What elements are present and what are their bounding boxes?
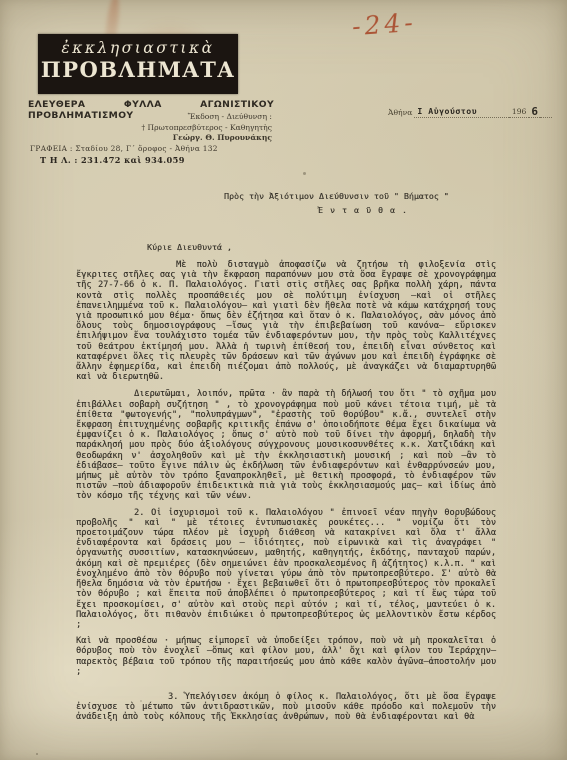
paper-speck	[36, 753, 38, 755]
body-paragraph-3: 2. Οἱ ἰσχυρισμοὶ τοῦ κ. Παλαιολόγου " ἐπ…	[76, 508, 496, 630]
letterhead-edition-block: Ἔκδοση - Διεύθυνση : † Πρωτοπρεσβύτερος …	[100, 112, 272, 144]
body-paragraph-1: Μὲ πολὺ δισταγμὸ ἀποφασίζω νὰ ζητήσω τὴ …	[76, 260, 496, 382]
salutation: Κύριε Διευθυντά ,	[147, 242, 232, 252]
letter-body: Μὲ πολὺ δισταγμὸ ἀποφασίζω νὰ ζητήσω τὴ …	[76, 260, 496, 723]
editor-name: Γεώργ. Θ. Πυρουνάκης	[100, 133, 272, 144]
body-paragraph-4: Καὶ νὰ προσθέσω · μήπως εἰμπορεῖ νὰ ὑποδ…	[76, 636, 496, 677]
letterhead-offices-line: ΓΡΑΦΕΙΑ : Σταδίου 28, Γ΄ ὄροφος - Ἀθήνα …	[30, 144, 218, 153]
dateline: ἈθήναΙ Αὐγούστου1966	[388, 106, 552, 118]
dateline-typed-month: Ι Αὐγούστου	[417, 106, 477, 116]
paper-speck	[303, 172, 306, 175]
editor-title: † Πρωτοπρεσβύτερος - Καθηγητὴς	[100, 123, 272, 134]
masthead-title-line1: ἐκκλησιαστικὰ	[38, 39, 238, 57]
recipient-line1: Πρὸς τὴν Ἀξιότιμον Διεύθυνσιν τοῦ " Βήμα…	[224, 190, 449, 204]
dateline-city: Ἀθήνα	[388, 108, 412, 118]
recipient-block: Πρὸς τὴν Ἀξιότιμον Διεύθυνσιν τοῦ " Βήμα…	[224, 190, 449, 217]
edition-label: Ἔκδοση - Διεύθυνση :	[100, 112, 272, 123]
letterhead-phones-line: Τ Η Λ. : 231.472 καὶ 934.059	[40, 155, 185, 165]
body-paragraph-5: 3. Ὑπελόγισεν ἀκόμη ὁ φίλος κ. Παλαιολόγ…	[76, 692, 496, 723]
dateline-typed-year: 6	[529, 107, 540, 118]
handwritten-page-number: -24-	[351, 8, 418, 41]
dateline-printed-year: 196	[509, 107, 530, 118]
recipient-line2: Ἐ ν τ α ῦ θ α .	[318, 204, 449, 218]
masthead-title-line2: ΠΡΟΒΛΗΜΑΤΑ	[38, 57, 238, 82]
scanned-letter-page: -24- ἐκκλησιαστικὰ ΠΡΟΒΛΗΜΑΤΑ ΕΛΕΥΘΕΡΑ Φ…	[0, 0, 567, 760]
masthead-logo: ἐκκλησιαστικὰ ΠΡΟΒΛΗΜΑΤΑ	[38, 34, 238, 94]
body-paragraph-2: Διερωτῶμαι, λοιπόν, πρῶτα · ἂν παρὰ τὴ δ…	[76, 389, 496, 501]
